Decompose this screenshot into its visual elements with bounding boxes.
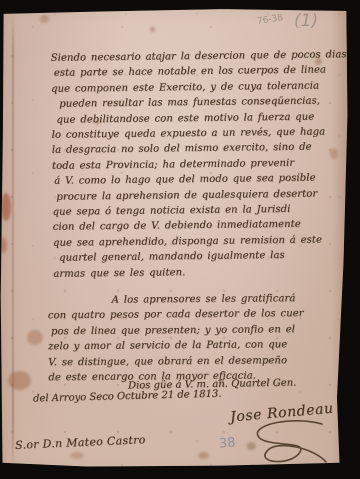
pencil-annotation-code: 76-38 xyxy=(256,13,283,27)
stain xyxy=(8,371,31,390)
closing-line-2: del Arroyo Seco Octubre 21 de 1813. xyxy=(33,389,222,405)
manuscript-page: 76-38 (1) Siendo necesario atajar la des… xyxy=(0,0,360,479)
pencil-annotation-archive-number: 38 xyxy=(218,435,236,451)
manuscript-line: con quatro pesos por cada desertor de lo… xyxy=(48,306,344,324)
addressee-line: S.or D.n Mateo Castro xyxy=(15,433,146,452)
pencil-annotation-mark: (1) xyxy=(294,11,318,31)
body-paragraph-2: A los aprensores se les gratificará con … xyxy=(48,291,345,386)
stain xyxy=(150,27,155,32)
body-paragraph-1: Siendo necesario atajar la desercion que… xyxy=(51,47,346,282)
fold-line xyxy=(12,12,14,463)
stain xyxy=(0,238,7,253)
stain xyxy=(70,452,84,459)
photo-backdrop: 76-38 (1) Siendo necesario atajar la des… xyxy=(0,0,360,479)
stain xyxy=(1,193,11,221)
manuscript-line: armas que se les quiten. xyxy=(53,263,345,282)
stain xyxy=(27,330,43,345)
stain xyxy=(198,452,209,459)
stain xyxy=(40,15,49,23)
signature-rubric xyxy=(228,418,340,470)
